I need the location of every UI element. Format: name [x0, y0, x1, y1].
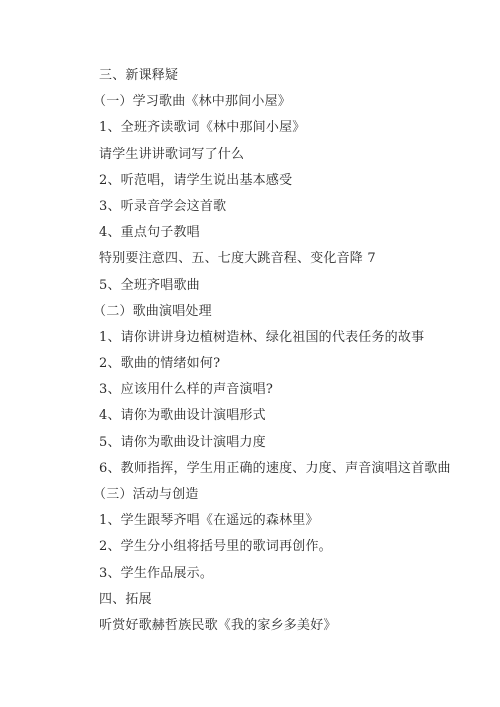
- subsection-heading-1: （一）学习歌曲《林中那间小屋》: [93, 89, 479, 115]
- document-page: 三、新课释疑 （一）学习歌曲《林中那间小屋》 1、全班齐读歌词《林中那间小屋》 …: [0, 0, 500, 707]
- paragraph: 听赏好歌赫哲族民歌《我的家乡多美好》: [99, 613, 479, 639]
- list-item: 5、请你为歌曲设计演唱力度: [99, 430, 479, 456]
- document-body: 三、新课释疑 （一）学习歌曲《林中那间小屋》 1、全班齐读歌词《林中那间小屋》 …: [99, 63, 479, 639]
- list-item: 1、全班齐读歌词《林中那间小屋》: [99, 115, 479, 141]
- list-item: 2、歌曲的情绪如何?: [99, 351, 479, 377]
- list-item: 4、请你为歌曲设计演唱形式: [99, 403, 479, 429]
- list-item: 3、学生作品展示。: [99, 561, 479, 587]
- section-heading-4: 四、拓展: [99, 587, 479, 613]
- section-heading-3: 三、新课释疑: [99, 63, 479, 89]
- list-item: 3、听录音学会这首歌: [99, 194, 479, 220]
- list-item: 1、请你讲讲身边植树造林、绿化祖国的代表任务的故事: [99, 325, 479, 351]
- list-item: 2、学生分小组将括号里的歌词再创作。: [99, 534, 479, 560]
- list-item: 3、应该用什么样的声音演唱?: [99, 377, 479, 403]
- paragraph: 请学生讲讲歌词写了什么: [99, 142, 479, 168]
- list-item: 4、重点句子教唱: [99, 220, 479, 246]
- list-item: 1、学生跟琴齐唱《在遥远的森林里》: [99, 508, 479, 534]
- paragraph: 特别要注意四、五、七度大跳音程、变化音降 7: [99, 246, 479, 272]
- subsection-heading-3: （三）活动与创造: [93, 482, 479, 508]
- list-item: 2、听范唱，请学生说出基本感受: [99, 168, 479, 194]
- list-item: 5、全班齐唱歌曲: [99, 273, 479, 299]
- list-item: 6、教师指挥，学生用正确的速度、力度、声音演唱这首歌曲: [99, 456, 479, 482]
- subsection-heading-2: （二）歌曲演唱处理: [93, 299, 479, 325]
